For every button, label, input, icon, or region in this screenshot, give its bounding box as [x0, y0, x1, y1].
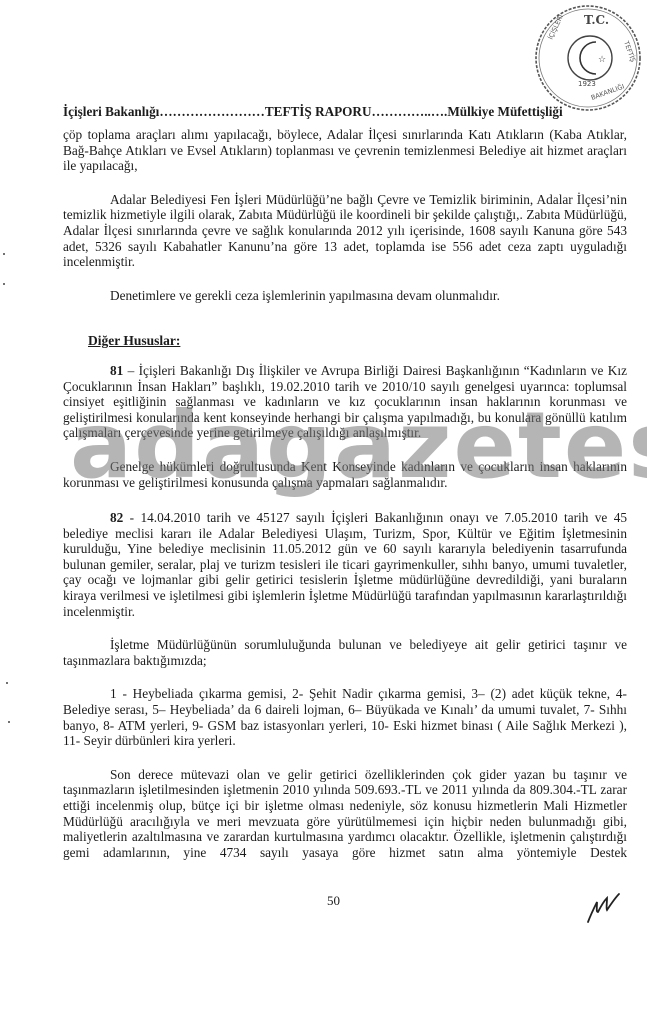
- item-82-followup: İşletme Müdürlüğünün sorumluluğunda bulu…: [63, 637, 627, 668]
- assets-list: 1 - Heybeliada çıkarma gemisi, 2- Şehit …: [63, 686, 627, 748]
- item-text: İçişleri Bakanlığı Dış İlişkiler ve Avru…: [63, 363, 627, 440]
- margin-mark: [3, 283, 5, 285]
- paragraph: çöp toplama araçları alımı yapılacağı, b…: [63, 127, 627, 174]
- closing-paragraph: Son derece mütevazi olan ve gelir getiri…: [63, 767, 627, 861]
- header-dots: ……………………: [159, 104, 265, 119]
- item-82: 82 - 14.04.2010 tarih ve 45127 sayılı İç…: [63, 510, 627, 619]
- item-number: 82: [110, 510, 123, 525]
- margin-mark: [6, 682, 8, 684]
- item-separator: –: [123, 363, 138, 378]
- svg-text:☆: ☆: [598, 55, 606, 65]
- item-number: 81: [110, 363, 123, 378]
- report-body: çöp toplama araçları alımı yapılacağı, b…: [63, 127, 627, 878]
- header-dots: …………..….: [371, 104, 447, 119]
- report-header: İçişleri Bakanlığı……………………TEFTİŞ RAPORU……: [63, 104, 583, 120]
- paragraph: Denetimlere ve gerekli ceza işlemlerinin…: [63, 288, 627, 304]
- item-text: 14.04.2010 tarih ve 45127 sayılı İçişler…: [63, 510, 627, 619]
- stamp-top-text: T.C.: [584, 13, 609, 27]
- margin-mark: [3, 253, 5, 255]
- header-title: TEFTİŞ RAPORU: [265, 104, 372, 119]
- handwritten-initials-icon: [585, 890, 625, 926]
- item-81-followup: Genelge hükümleri doğrultusunda Kent Kon…: [63, 459, 627, 490]
- paragraph: Adalar Belediyesi Fen İşleri Müdürlüğü’n…: [63, 192, 627, 270]
- item-81: 81 – İçişleri Bakanlığı Dış İlişkiler ve…: [63, 363, 627, 441]
- crescent-star-seal-icon: ☆ T.C. 1923 İÇİŞLERİ BAKANLIĞI TEFTİŞ: [532, 2, 644, 114]
- svg-text:İÇİŞLERİ: İÇİŞLERİ: [546, 13, 565, 41]
- item-separator: -: [123, 510, 140, 525]
- section-heading: Diğer Hususlar:: [88, 333, 627, 349]
- stamp-year: 1923: [578, 80, 596, 88]
- svg-text:TEFTİŞ: TEFTİŞ: [622, 39, 638, 63]
- margin-mark: [8, 721, 10, 723]
- header-ministry: İçişleri Bakanlığı: [63, 104, 159, 119]
- document-page: İçişleri Bakanlığı……………………TEFTİŞ RAPORU……: [0, 0, 647, 1024]
- page-number: 50: [327, 893, 340, 909]
